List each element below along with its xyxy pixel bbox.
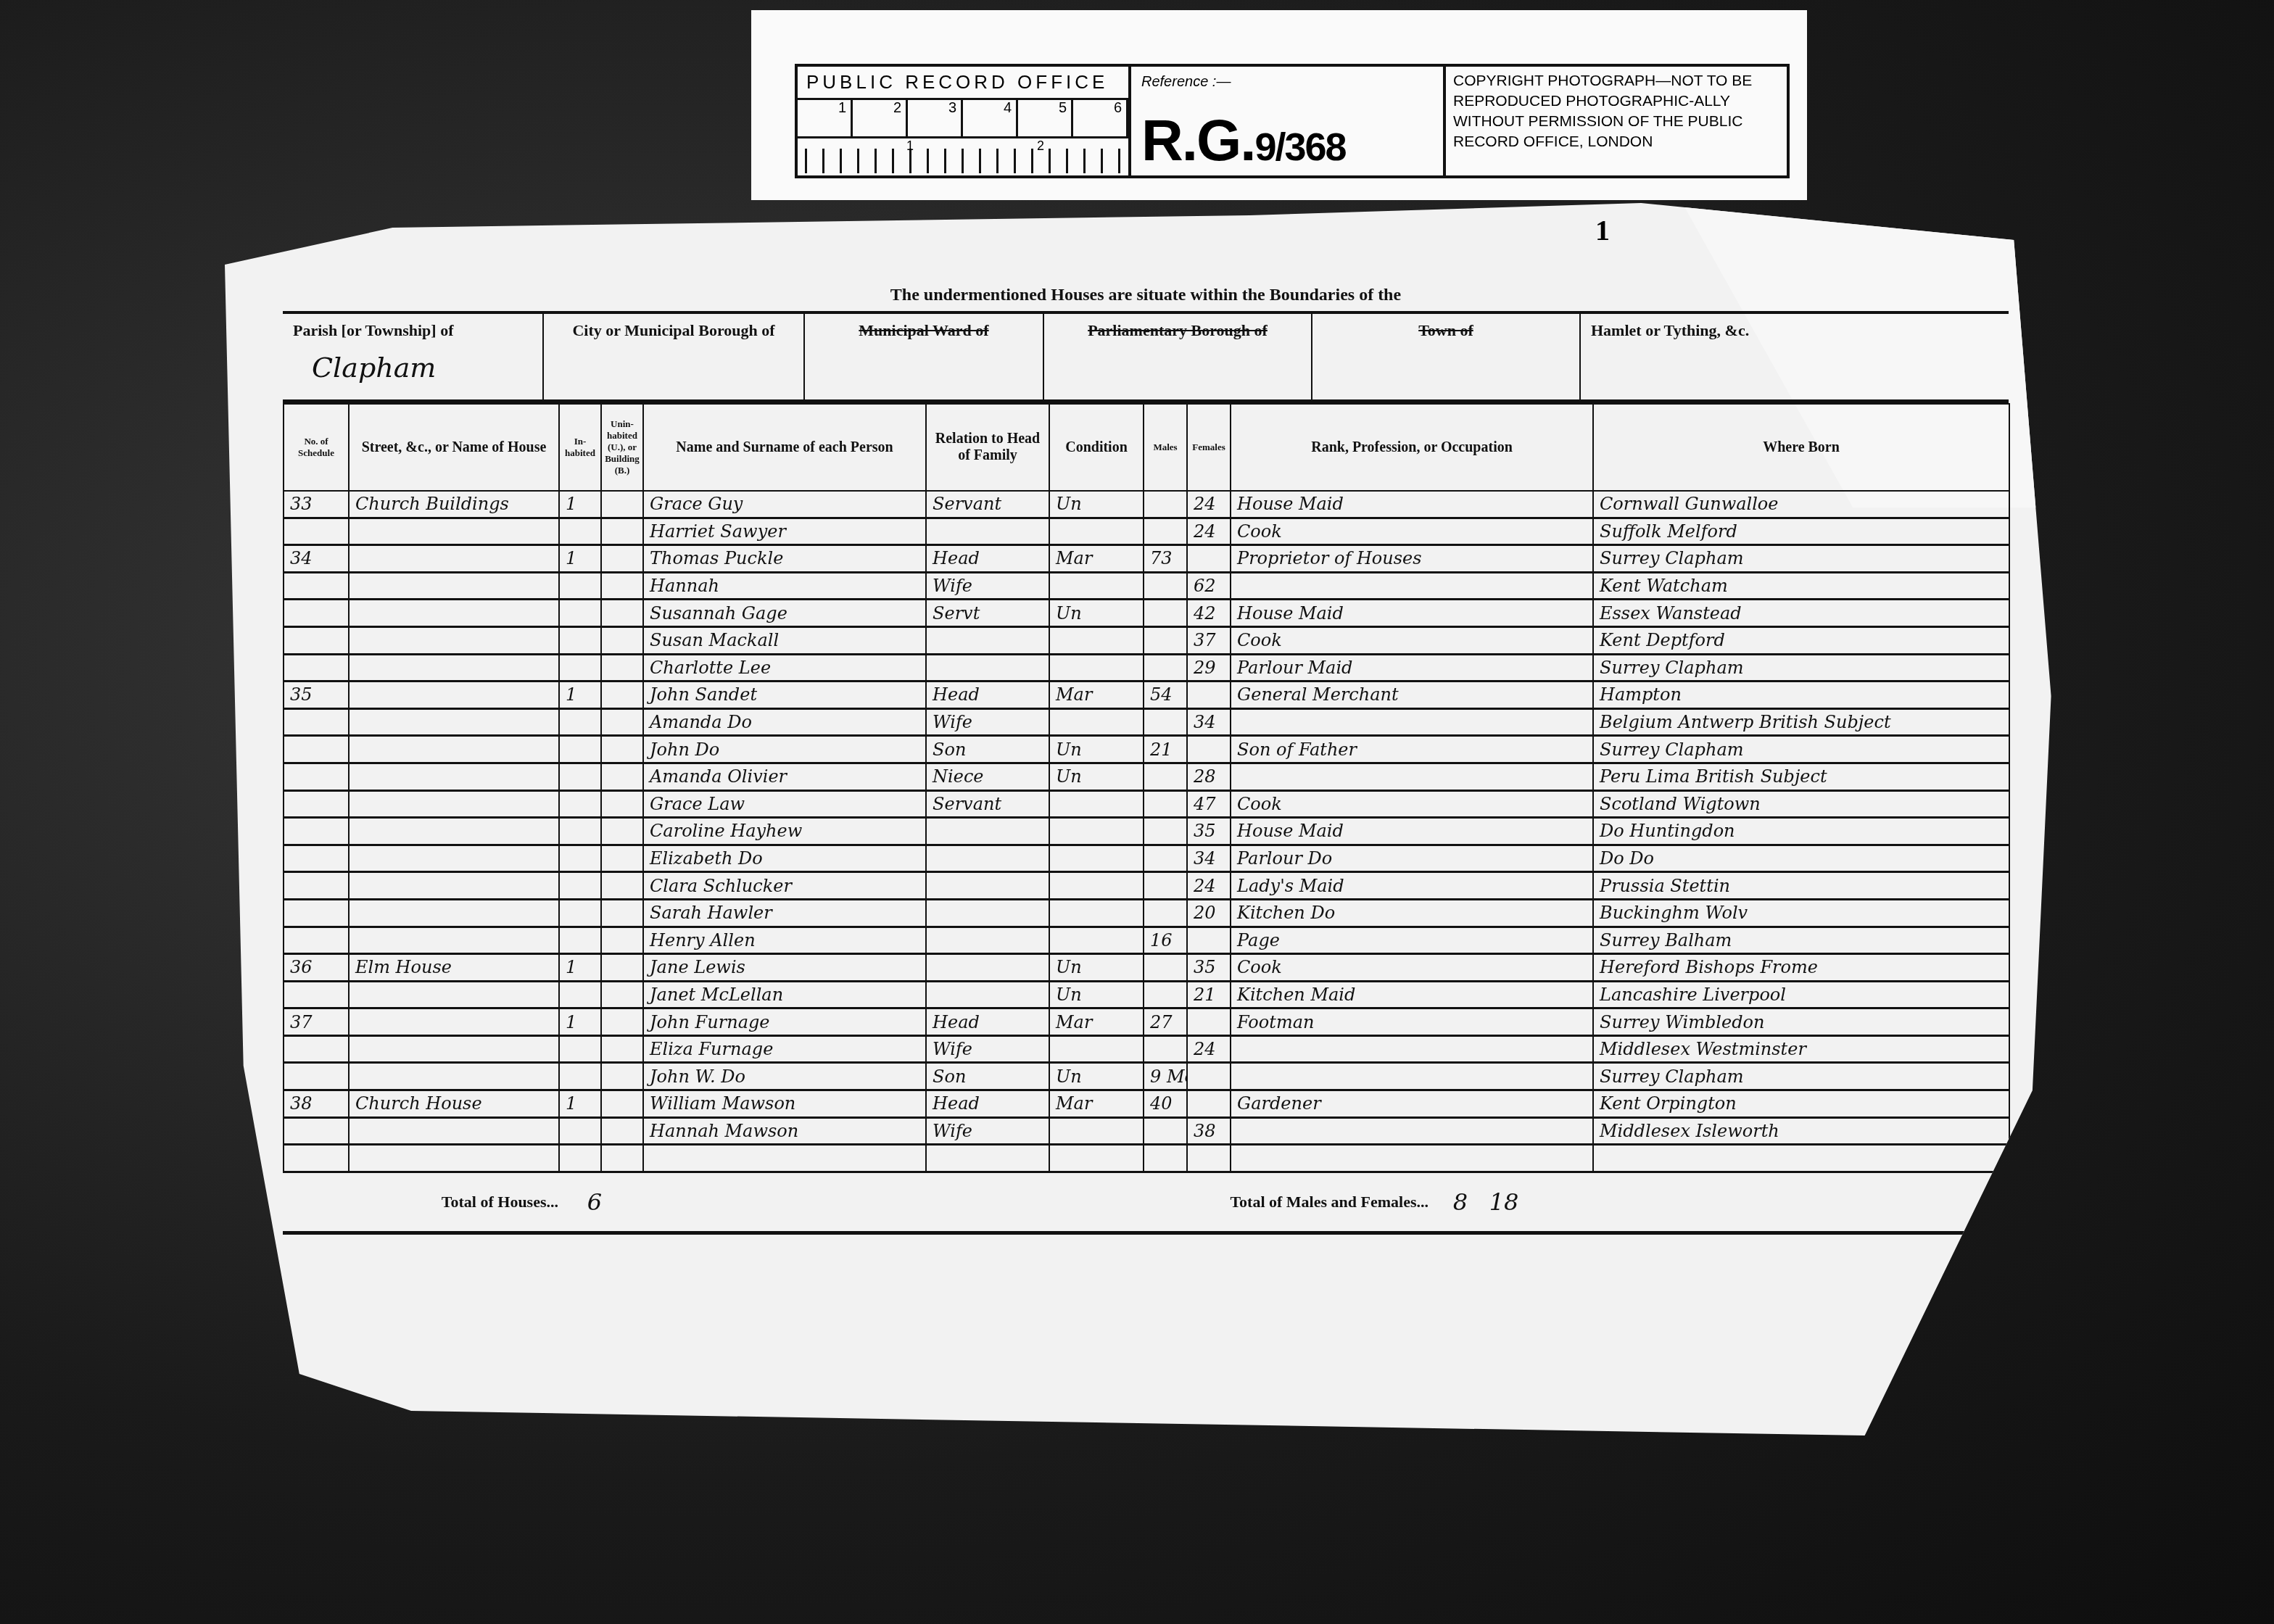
inhabited-cell bbox=[559, 1035, 601, 1063]
parish-label: Parish [or Township] of bbox=[293, 321, 453, 339]
occupation-cell: House Maid bbox=[1231, 818, 1593, 845]
ruler-sub-number: 1 bbox=[906, 138, 914, 154]
name-cell: John Furnage bbox=[643, 1008, 926, 1036]
name-cell: Amanda Olivier bbox=[643, 763, 926, 790]
pro-reference-label: PUBLIC RECORD OFFICE 1 2 3 4 5 6 1 2 Ref… bbox=[751, 10, 1807, 200]
condition-cell bbox=[1049, 654, 1144, 681]
female-age-cell: 42 bbox=[1187, 600, 1231, 627]
schedule-cell bbox=[284, 981, 349, 1008]
birthplace-cell: Kent Orpington bbox=[1593, 1090, 2009, 1118]
inhabited-cell bbox=[559, 1145, 601, 1172]
condition-cell bbox=[1049, 708, 1144, 736]
male-age-cell bbox=[1144, 600, 1187, 627]
name-cell: Amanda Do bbox=[643, 708, 926, 736]
census-rows: 33Church Buildings1Grace GuyServantUn24H… bbox=[284, 491, 2009, 1172]
table-row: 33Church Buildings1Grace GuyServantUn24H… bbox=[284, 491, 2009, 518]
inhabited-cell bbox=[559, 899, 601, 927]
female-age-cell bbox=[1187, 1063, 1231, 1090]
col-street: Street, &c., or Name of House bbox=[349, 404, 559, 491]
uninhabited-cell bbox=[601, 872, 643, 900]
boundaries-caption: The undermentioned Houses are situate wi… bbox=[283, 283, 2009, 314]
condition-cell bbox=[1049, 1145, 1144, 1172]
male-age-cell bbox=[1144, 518, 1187, 545]
inhabited-cell: 1 bbox=[559, 954, 601, 982]
table-row: Caroline Hayhew35House MaidDo Huntingdon bbox=[284, 818, 2009, 845]
female-age-cell: 34 bbox=[1187, 708, 1231, 736]
male-age-cell bbox=[1144, 708, 1187, 736]
relation-cell bbox=[926, 927, 1049, 954]
relation-cell bbox=[926, 1145, 1049, 1172]
table-row: Susannah GageServtUn42House MaidEssex Wa… bbox=[284, 600, 2009, 627]
table-row: 38Church House1William MawsonHeadMar40Ga… bbox=[284, 1090, 2009, 1118]
schedule-cell bbox=[284, 1117, 349, 1145]
relation-cell: Head bbox=[926, 545, 1049, 573]
inhabited-cell bbox=[559, 518, 601, 545]
parish-cell: Parish [or Township] of Clapham bbox=[283, 314, 544, 399]
uninhabited-cell bbox=[601, 981, 643, 1008]
female-age-cell bbox=[1187, 545, 1231, 573]
name-cell: Clara Schlucker bbox=[643, 872, 926, 900]
female-age-cell: 37 bbox=[1187, 626, 1231, 654]
col-inhabited: In-habited bbox=[559, 404, 601, 491]
inhabited-cell bbox=[559, 845, 601, 872]
condition-cell: Un bbox=[1049, 600, 1144, 627]
reference-label: Reference :— bbox=[1131, 67, 1443, 98]
inhabited-cell bbox=[559, 1063, 601, 1090]
schedule-cell bbox=[284, 1035, 349, 1063]
female-age-cell bbox=[1187, 681, 1231, 709]
name-cell: Elizabeth Do bbox=[643, 845, 926, 872]
col-name: Name and Surname of each Person bbox=[643, 404, 926, 491]
name-cell: Thomas Puckle bbox=[643, 545, 926, 573]
schedule-cell: 33 bbox=[284, 491, 349, 518]
male-age-cell: 73 bbox=[1144, 545, 1187, 573]
relation-cell: Son bbox=[926, 1063, 1049, 1090]
relation-cell: Wife bbox=[926, 572, 1049, 600]
col-condition: Condition bbox=[1049, 404, 1144, 491]
female-age-cell: 34 bbox=[1187, 845, 1231, 872]
uninhabited-cell bbox=[601, 899, 643, 927]
female-age-cell: 24 bbox=[1187, 872, 1231, 900]
female-age-cell: 29 bbox=[1187, 654, 1231, 681]
male-age-cell bbox=[1144, 1117, 1187, 1145]
col-females: Females bbox=[1187, 404, 1231, 491]
female-age-cell: 24 bbox=[1187, 518, 1231, 545]
total-houses-label: Total of Houses... bbox=[283, 1193, 566, 1211]
male-age-cell bbox=[1144, 818, 1187, 845]
female-age-cell bbox=[1187, 1090, 1231, 1118]
table-row: 341Thomas PuckleHeadMar73Proprietor of H… bbox=[284, 545, 2009, 573]
name-cell: Susannah Gage bbox=[643, 600, 926, 627]
street-cell bbox=[349, 708, 559, 736]
uninhabited-cell bbox=[601, 681, 643, 709]
table-row: Charlotte Lee29Parlour MaidSurrey Clapha… bbox=[284, 654, 2009, 681]
uninhabited-cell bbox=[601, 1117, 643, 1145]
relation-cell bbox=[926, 818, 1049, 845]
parish-value: Clapham bbox=[312, 352, 436, 384]
schedule-cell bbox=[284, 790, 349, 818]
occupation-cell: Footman bbox=[1231, 1008, 1593, 1036]
relation-cell: Servant bbox=[926, 491, 1049, 518]
inhabited-cell bbox=[559, 626, 601, 654]
town-label: Town of bbox=[1418, 321, 1473, 339]
birthplace-cell: Surrey Balham bbox=[1593, 927, 2009, 954]
street-cell bbox=[349, 790, 559, 818]
birthplace-cell: Surrey Clapham bbox=[1593, 1063, 2009, 1090]
street-cell bbox=[349, 845, 559, 872]
occupation-cell: House Maid bbox=[1231, 600, 1593, 627]
inhabited-cell bbox=[559, 572, 601, 600]
name-cell: Grace Guy bbox=[643, 491, 926, 518]
census-form: The undermentioned Houses are situate wi… bbox=[283, 283, 2009, 1235]
schedule-cell bbox=[284, 518, 349, 545]
relation-cell bbox=[926, 845, 1049, 872]
total-houses-value: 6 bbox=[566, 1188, 624, 1216]
condition-cell bbox=[1049, 872, 1144, 900]
table-row: John DoSonUn21Son of FatherSurrey Clapha… bbox=[284, 736, 2009, 763]
male-age-cell bbox=[1144, 872, 1187, 900]
occupation-cell bbox=[1231, 708, 1593, 736]
male-age-cell bbox=[1144, 1145, 1187, 1172]
street-cell: Church Buildings bbox=[349, 491, 559, 518]
schedule-cell bbox=[284, 1145, 349, 1172]
street-cell bbox=[349, 1117, 559, 1145]
occupation-cell: Page bbox=[1231, 927, 1593, 954]
occupation-cell bbox=[1231, 1063, 1593, 1090]
occupation-cell: House Maid bbox=[1231, 491, 1593, 518]
uninhabited-cell bbox=[601, 790, 643, 818]
inhabited-cell: 1 bbox=[559, 681, 601, 709]
relation-cell bbox=[926, 899, 1049, 927]
birthplace-cell: Surrey Clapham bbox=[1593, 736, 2009, 763]
occupation-cell: Cook bbox=[1231, 626, 1593, 654]
inhabited-cell bbox=[559, 790, 601, 818]
street-cell bbox=[349, 1008, 559, 1036]
condition-cell: Mar bbox=[1049, 1090, 1144, 1118]
table-row: Harriet Sawyer24CookSuffolk Melford bbox=[284, 518, 2009, 545]
female-age-cell: 35 bbox=[1187, 954, 1231, 982]
uninhabited-cell bbox=[601, 491, 643, 518]
schedule-cell bbox=[284, 927, 349, 954]
female-age-cell: 38 bbox=[1187, 1117, 1231, 1145]
inhabited-cell bbox=[559, 981, 601, 1008]
occupation-cell: Cook bbox=[1231, 954, 1593, 982]
name-cell: Hannah Mawson bbox=[643, 1117, 926, 1145]
male-age-cell: 9 Months bbox=[1144, 1063, 1187, 1090]
schedule-cell: 38 bbox=[284, 1090, 349, 1118]
table-row: Amanda DoWife34Belgium Antwerp British S… bbox=[284, 708, 2009, 736]
female-age-cell bbox=[1187, 1008, 1231, 1036]
uninhabited-cell bbox=[601, 654, 643, 681]
schedule-cell bbox=[284, 736, 349, 763]
column-header-row: No. of Schedule Street, &c., or Name of … bbox=[284, 404, 2009, 491]
reference-prefix: R.G. bbox=[1141, 108, 1254, 173]
col-born: Where Born bbox=[1593, 404, 2009, 491]
inhabited-cell bbox=[559, 872, 601, 900]
ruler-number: 6 bbox=[1073, 100, 1128, 136]
condition-cell: Mar bbox=[1049, 681, 1144, 709]
relation-cell: Head bbox=[926, 1090, 1049, 1118]
table-row: Henry Allen16PageSurrey Balham bbox=[284, 927, 2009, 954]
condition-cell bbox=[1049, 1117, 1144, 1145]
pro-title: PUBLIC RECORD OFFICE bbox=[798, 67, 1128, 100]
relation-cell bbox=[926, 981, 1049, 1008]
condition-cell bbox=[1049, 927, 1144, 954]
uninhabited-cell bbox=[601, 763, 643, 790]
copyright-notice: COPYRIGHT PHOTOGRAPH—NOT TO BE REPRODUCE… bbox=[1446, 67, 1787, 175]
occupation-cell: Cook bbox=[1231, 518, 1593, 545]
relation-cell: Son bbox=[926, 736, 1049, 763]
col-relation: Relation to Head of Family bbox=[926, 404, 1049, 491]
male-age-cell bbox=[1144, 954, 1187, 982]
birthplace-cell: Kent Deptford bbox=[1593, 626, 2009, 654]
census-table: No. of Schedule Street, &c., or Name of … bbox=[283, 403, 2010, 1173]
male-age-cell bbox=[1144, 790, 1187, 818]
male-age-cell bbox=[1144, 763, 1187, 790]
street-cell: Elm House bbox=[349, 954, 559, 982]
table-row: Clara Schlucker24Lady's MaidPrussia Stet… bbox=[284, 872, 2009, 900]
inhabited-cell: 1 bbox=[559, 1090, 601, 1118]
relation-cell: Wife bbox=[926, 1035, 1049, 1063]
street-cell bbox=[349, 1145, 559, 1172]
male-age-cell bbox=[1144, 654, 1187, 681]
birthplace-cell: Middlesex Isleworth bbox=[1593, 1117, 2009, 1145]
name-cell: Harriet Sawyer bbox=[643, 518, 926, 545]
male-age-cell bbox=[1144, 626, 1187, 654]
street-cell bbox=[349, 626, 559, 654]
street-cell bbox=[349, 818, 559, 845]
female-age-cell: 20 bbox=[1187, 899, 1231, 927]
inhabited-cell bbox=[559, 763, 601, 790]
street-cell bbox=[349, 899, 559, 927]
male-age-cell bbox=[1144, 572, 1187, 600]
schedule-cell: 37 bbox=[284, 1008, 349, 1036]
table-row: Amanda OlivierNieceUn28Peru Lima British… bbox=[284, 763, 2009, 790]
street-cell: Church House bbox=[349, 1090, 559, 1118]
occupation-cell: Kitchen Do bbox=[1231, 899, 1593, 927]
condition-cell: Un bbox=[1049, 736, 1144, 763]
birthplace-cell: Lancashire Liverpool bbox=[1593, 981, 2009, 1008]
uninhabited-cell bbox=[601, 1035, 643, 1063]
relation-cell: Wife bbox=[926, 708, 1049, 736]
birthplace-cell: Surrey Clapham bbox=[1593, 654, 2009, 681]
occupation-cell bbox=[1231, 763, 1593, 790]
street-cell bbox=[349, 654, 559, 681]
table-row bbox=[284, 1145, 2009, 1172]
occupation-cell: Kitchen Maid bbox=[1231, 981, 1593, 1008]
col-occupation: Rank, Profession, or Occupation bbox=[1231, 404, 1593, 491]
table-row: Sarah Hawler20Kitchen DoBuckinghm Wolv bbox=[284, 899, 2009, 927]
male-age-cell bbox=[1144, 1035, 1187, 1063]
condition-cell: Un bbox=[1049, 763, 1144, 790]
table-row: John W. DoSonUn9 MonthsSurrey Clapham bbox=[284, 1063, 2009, 1090]
occupation-cell: Cook bbox=[1231, 790, 1593, 818]
scale-ruler: PUBLIC RECORD OFFICE 1 2 3 4 5 6 1 2 bbox=[798, 67, 1131, 175]
schedule-cell: 36 bbox=[284, 954, 349, 982]
schedule-cell bbox=[284, 572, 349, 600]
ruler-number: 5 bbox=[1018, 100, 1073, 136]
street-cell bbox=[349, 681, 559, 709]
name-cell: Janet McLellan bbox=[643, 981, 926, 1008]
name-cell: John Do bbox=[643, 736, 926, 763]
table-row: 371John FurnageHeadMar27FootmanSurrey Wi… bbox=[284, 1008, 2009, 1036]
street-cell bbox=[349, 1035, 559, 1063]
relation-cell bbox=[926, 518, 1049, 545]
table-row: 351John SandetHeadMar54General MerchantH… bbox=[284, 681, 2009, 709]
condition-cell bbox=[1049, 790, 1144, 818]
reference-number: 9/368 bbox=[1254, 125, 1345, 169]
female-age-cell: 24 bbox=[1187, 1035, 1231, 1063]
inhabited-cell bbox=[559, 1117, 601, 1145]
col-schedule: No. of Schedule bbox=[284, 404, 349, 491]
birthplace-cell: Belgium Antwerp British Subject bbox=[1593, 708, 2009, 736]
city-label: City or Municipal Borough of bbox=[572, 321, 774, 339]
uninhabited-cell bbox=[601, 927, 643, 954]
ward-cell: Municipal Ward of bbox=[805, 314, 1044, 399]
birthplace-cell: Peru Lima British Subject bbox=[1593, 763, 2009, 790]
condition-cell bbox=[1049, 899, 1144, 927]
female-age-cell: 47 bbox=[1187, 790, 1231, 818]
condition-cell: Mar bbox=[1049, 1008, 1144, 1036]
inhabited-cell bbox=[559, 927, 601, 954]
table-row: Susan Mackall37CookKent Deptford bbox=[284, 626, 2009, 654]
condition-cell bbox=[1049, 572, 1144, 600]
male-age-cell: 16 bbox=[1144, 927, 1187, 954]
occupation-cell: General Merchant bbox=[1231, 681, 1593, 709]
condition-cell bbox=[1049, 818, 1144, 845]
occupation-cell: Parlour Do bbox=[1231, 845, 1593, 872]
inhabited-cell bbox=[559, 654, 601, 681]
ruler-number: 2 bbox=[853, 100, 908, 136]
table-row: 36Elm House1Jane LewisUn35CookHereford B… bbox=[284, 954, 2009, 982]
relation-cell: Head bbox=[926, 1008, 1049, 1036]
schedule-cell bbox=[284, 626, 349, 654]
street-cell bbox=[349, 1063, 559, 1090]
name-cell: Caroline Hayhew bbox=[643, 818, 926, 845]
uninhabited-cell bbox=[601, 1090, 643, 1118]
city-cell: City or Municipal Borough of bbox=[544, 314, 805, 399]
relation-cell: Niece bbox=[926, 763, 1049, 790]
birthplace-cell: Cornwall Gunwalloe bbox=[1593, 491, 2009, 518]
condition-cell bbox=[1049, 845, 1144, 872]
occupation-cell bbox=[1231, 1145, 1593, 1172]
occupation-cell: Parlour Maid bbox=[1231, 654, 1593, 681]
table-row: Eliza FurnageWife24Middlesex Westminster bbox=[284, 1035, 2009, 1063]
female-age-cell: 24 bbox=[1187, 491, 1231, 518]
relation-cell: Head bbox=[926, 681, 1049, 709]
col-uninhabited: Unin-habited (U.), or Building (B.) bbox=[601, 404, 643, 491]
schedule-cell bbox=[284, 899, 349, 927]
male-age-cell: 40 bbox=[1144, 1090, 1187, 1118]
occupation-cell: Gardener bbox=[1231, 1090, 1593, 1118]
total-males-value: 8 bbox=[1439, 1188, 1482, 1216]
street-cell bbox=[349, 927, 559, 954]
birthplace-cell: Do Huntingdon bbox=[1593, 818, 2009, 845]
condition-cell bbox=[1049, 1035, 1144, 1063]
street-cell bbox=[349, 518, 559, 545]
ruler-number: 3 bbox=[908, 100, 963, 136]
birthplace-cell: Prussia Stettin bbox=[1593, 872, 2009, 900]
female-age-cell: 21 bbox=[1187, 981, 1231, 1008]
name-cell: Charlotte Lee bbox=[643, 654, 926, 681]
uninhabited-cell bbox=[601, 600, 643, 627]
condition-cell: Un bbox=[1049, 491, 1144, 518]
male-age-cell bbox=[1144, 899, 1187, 927]
hamlet-cell: Hamlet or Tything, &c. bbox=[1581, 314, 2009, 399]
uninhabited-cell bbox=[601, 572, 643, 600]
ward-label: Municipal Ward of bbox=[859, 321, 988, 339]
inhabited-cell bbox=[559, 600, 601, 627]
street-cell bbox=[349, 981, 559, 1008]
parliamentary-label: Parliamentary Borough of bbox=[1088, 321, 1268, 339]
name-cell: William Mawson bbox=[643, 1090, 926, 1118]
birthplace-cell: Middlesex Westminster bbox=[1593, 1035, 2009, 1063]
census-page: 1 The undermentioned Houses are situate … bbox=[225, 203, 2088, 1435]
male-age-cell: 54 bbox=[1144, 681, 1187, 709]
condition-cell bbox=[1049, 518, 1144, 545]
birthplace-cell: Scotland Wigtown bbox=[1593, 790, 2009, 818]
street-cell bbox=[349, 736, 559, 763]
schedule-cell bbox=[284, 872, 349, 900]
relation-cell: Servant bbox=[926, 790, 1049, 818]
male-age-cell bbox=[1144, 491, 1187, 518]
ruler-ticks: 1 2 bbox=[798, 138, 1128, 173]
inhabited-cell bbox=[559, 708, 601, 736]
schedule-cell bbox=[284, 600, 349, 627]
birthplace-cell: Suffolk Melford bbox=[1593, 518, 2009, 545]
occupation-cell bbox=[1231, 1035, 1593, 1063]
name-cell: Hannah bbox=[643, 572, 926, 600]
male-age-cell: 27 bbox=[1144, 1008, 1187, 1036]
uninhabited-cell bbox=[601, 736, 643, 763]
inhabited-cell: 1 bbox=[559, 491, 601, 518]
relation-cell bbox=[926, 872, 1049, 900]
uninhabited-cell bbox=[601, 1063, 643, 1090]
col-males: Males bbox=[1144, 404, 1187, 491]
birthplace-cell: Hampton bbox=[1593, 681, 2009, 709]
street-cell bbox=[349, 872, 559, 900]
table-row: Grace LawServant47CookScotland Wigtown bbox=[284, 790, 2009, 818]
uninhabited-cell bbox=[601, 845, 643, 872]
name-cell: John Sandet bbox=[643, 681, 926, 709]
occupation-cell bbox=[1231, 572, 1593, 600]
female-age-cell bbox=[1187, 1145, 1231, 1172]
occupation-cell bbox=[1231, 1117, 1593, 1145]
birthplace-cell: Surrey Clapham bbox=[1593, 545, 2009, 573]
condition-cell: Un bbox=[1049, 981, 1144, 1008]
uninhabited-cell bbox=[601, 626, 643, 654]
uninhabited-cell bbox=[601, 1008, 643, 1036]
ruler-sub-number: 2 bbox=[1037, 138, 1044, 154]
totals-row: Total of Houses... 6 Total of Males and … bbox=[283, 1173, 2009, 1235]
male-age-cell bbox=[1144, 981, 1187, 1008]
birthplace-cell: Kent Watcham bbox=[1593, 572, 2009, 600]
name-cell: Jane Lewis bbox=[643, 954, 926, 982]
female-age-cell: 28 bbox=[1187, 763, 1231, 790]
condition-cell: Un bbox=[1049, 1063, 1144, 1090]
uninhabited-cell bbox=[601, 818, 643, 845]
area-header-row: Parish [or Township] of Clapham City or … bbox=[283, 314, 2009, 403]
uninhabited-cell bbox=[601, 708, 643, 736]
town-cell: Town of bbox=[1312, 314, 1581, 399]
inhabited-cell: 1 bbox=[559, 545, 601, 573]
uninhabited-cell bbox=[601, 545, 643, 573]
name-cell: Henry Allen bbox=[643, 927, 926, 954]
ruler-number: 1 bbox=[798, 100, 853, 136]
schedule-cell bbox=[284, 708, 349, 736]
female-age-cell: 35 bbox=[1187, 818, 1231, 845]
occupation-cell: Lady's Maid bbox=[1231, 872, 1593, 900]
